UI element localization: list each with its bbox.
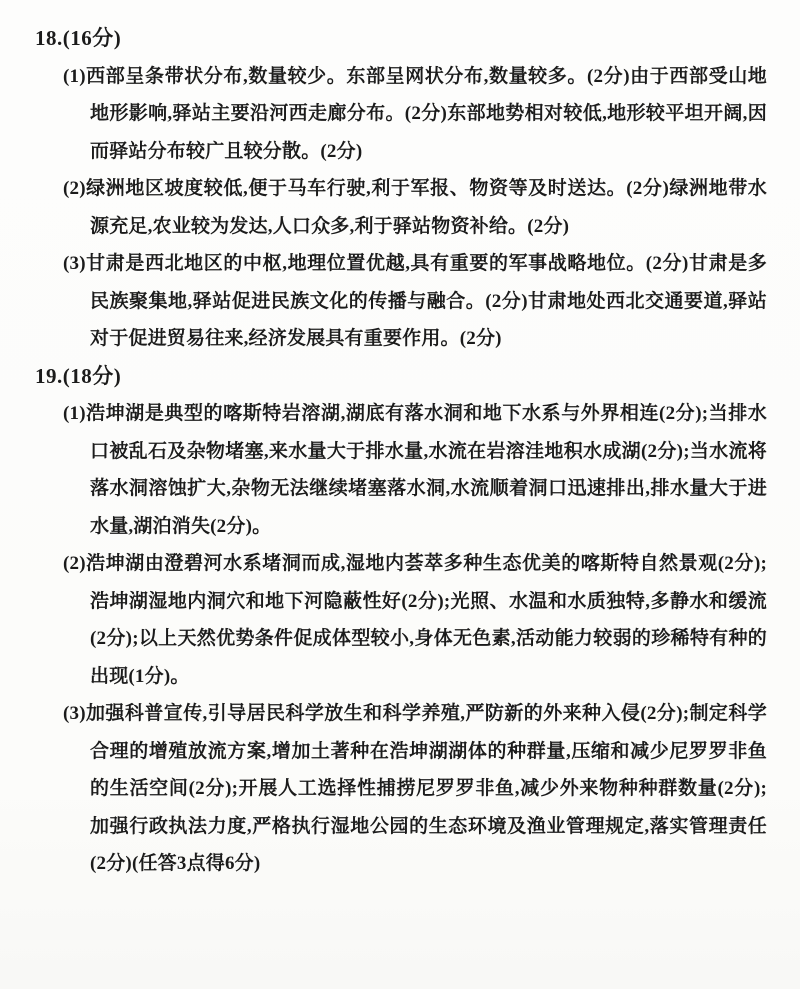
question-19-answer-3: (3)加强科普宣传,引导居民科学放生和科学养殖,严防新的外来种入侵(2分);制定… bbox=[0, 695, 767, 883]
question-18-answer-1: (1)西部呈条带状分布,数量较少。东部呈网状分布,数量较多。(2分)由于西部受山… bbox=[0, 58, 767, 171]
question-19-answer-2: (2)浩坤湖由澄碧河水系堵洞而成,湿地内荟萃多种生态优美的喀斯特自然景观(2分)… bbox=[0, 545, 767, 695]
question-18-answer-3: (3)甘肃是西北地区的中枢,地理位置优越,具有重要的军事战略地位。(2分)甘肃是… bbox=[0, 245, 767, 358]
question-19-block: 19.(18分) (1)浩坤湖是典型的喀斯特岩溶湖,湖底有落水洞和地下水系与外界… bbox=[0, 358, 800, 883]
question-19-answer-1: (1)浩坤湖是典型的喀斯特岩溶湖,湖底有落水洞和地下水系与外界相连(2分);当排… bbox=[0, 395, 767, 545]
question-19-number: 19.(18分) bbox=[35, 358, 800, 396]
answer-key-page: 18.(16分) (1)西部呈条带状分布,数量较少。东部呈网状分布,数量较多。(… bbox=[0, 0, 800, 989]
question-18-block: 18.(16分) (1)西部呈条带状分布,数量较少。东部呈网状分布,数量较多。(… bbox=[0, 20, 800, 358]
question-18-answer-2: (2)绿洲地区坡度较低,便于马车行驶,利于军报、物资等及时送达。(2分)绿洲地带… bbox=[0, 170, 767, 245]
question-18-number: 18.(16分) bbox=[35, 20, 800, 58]
